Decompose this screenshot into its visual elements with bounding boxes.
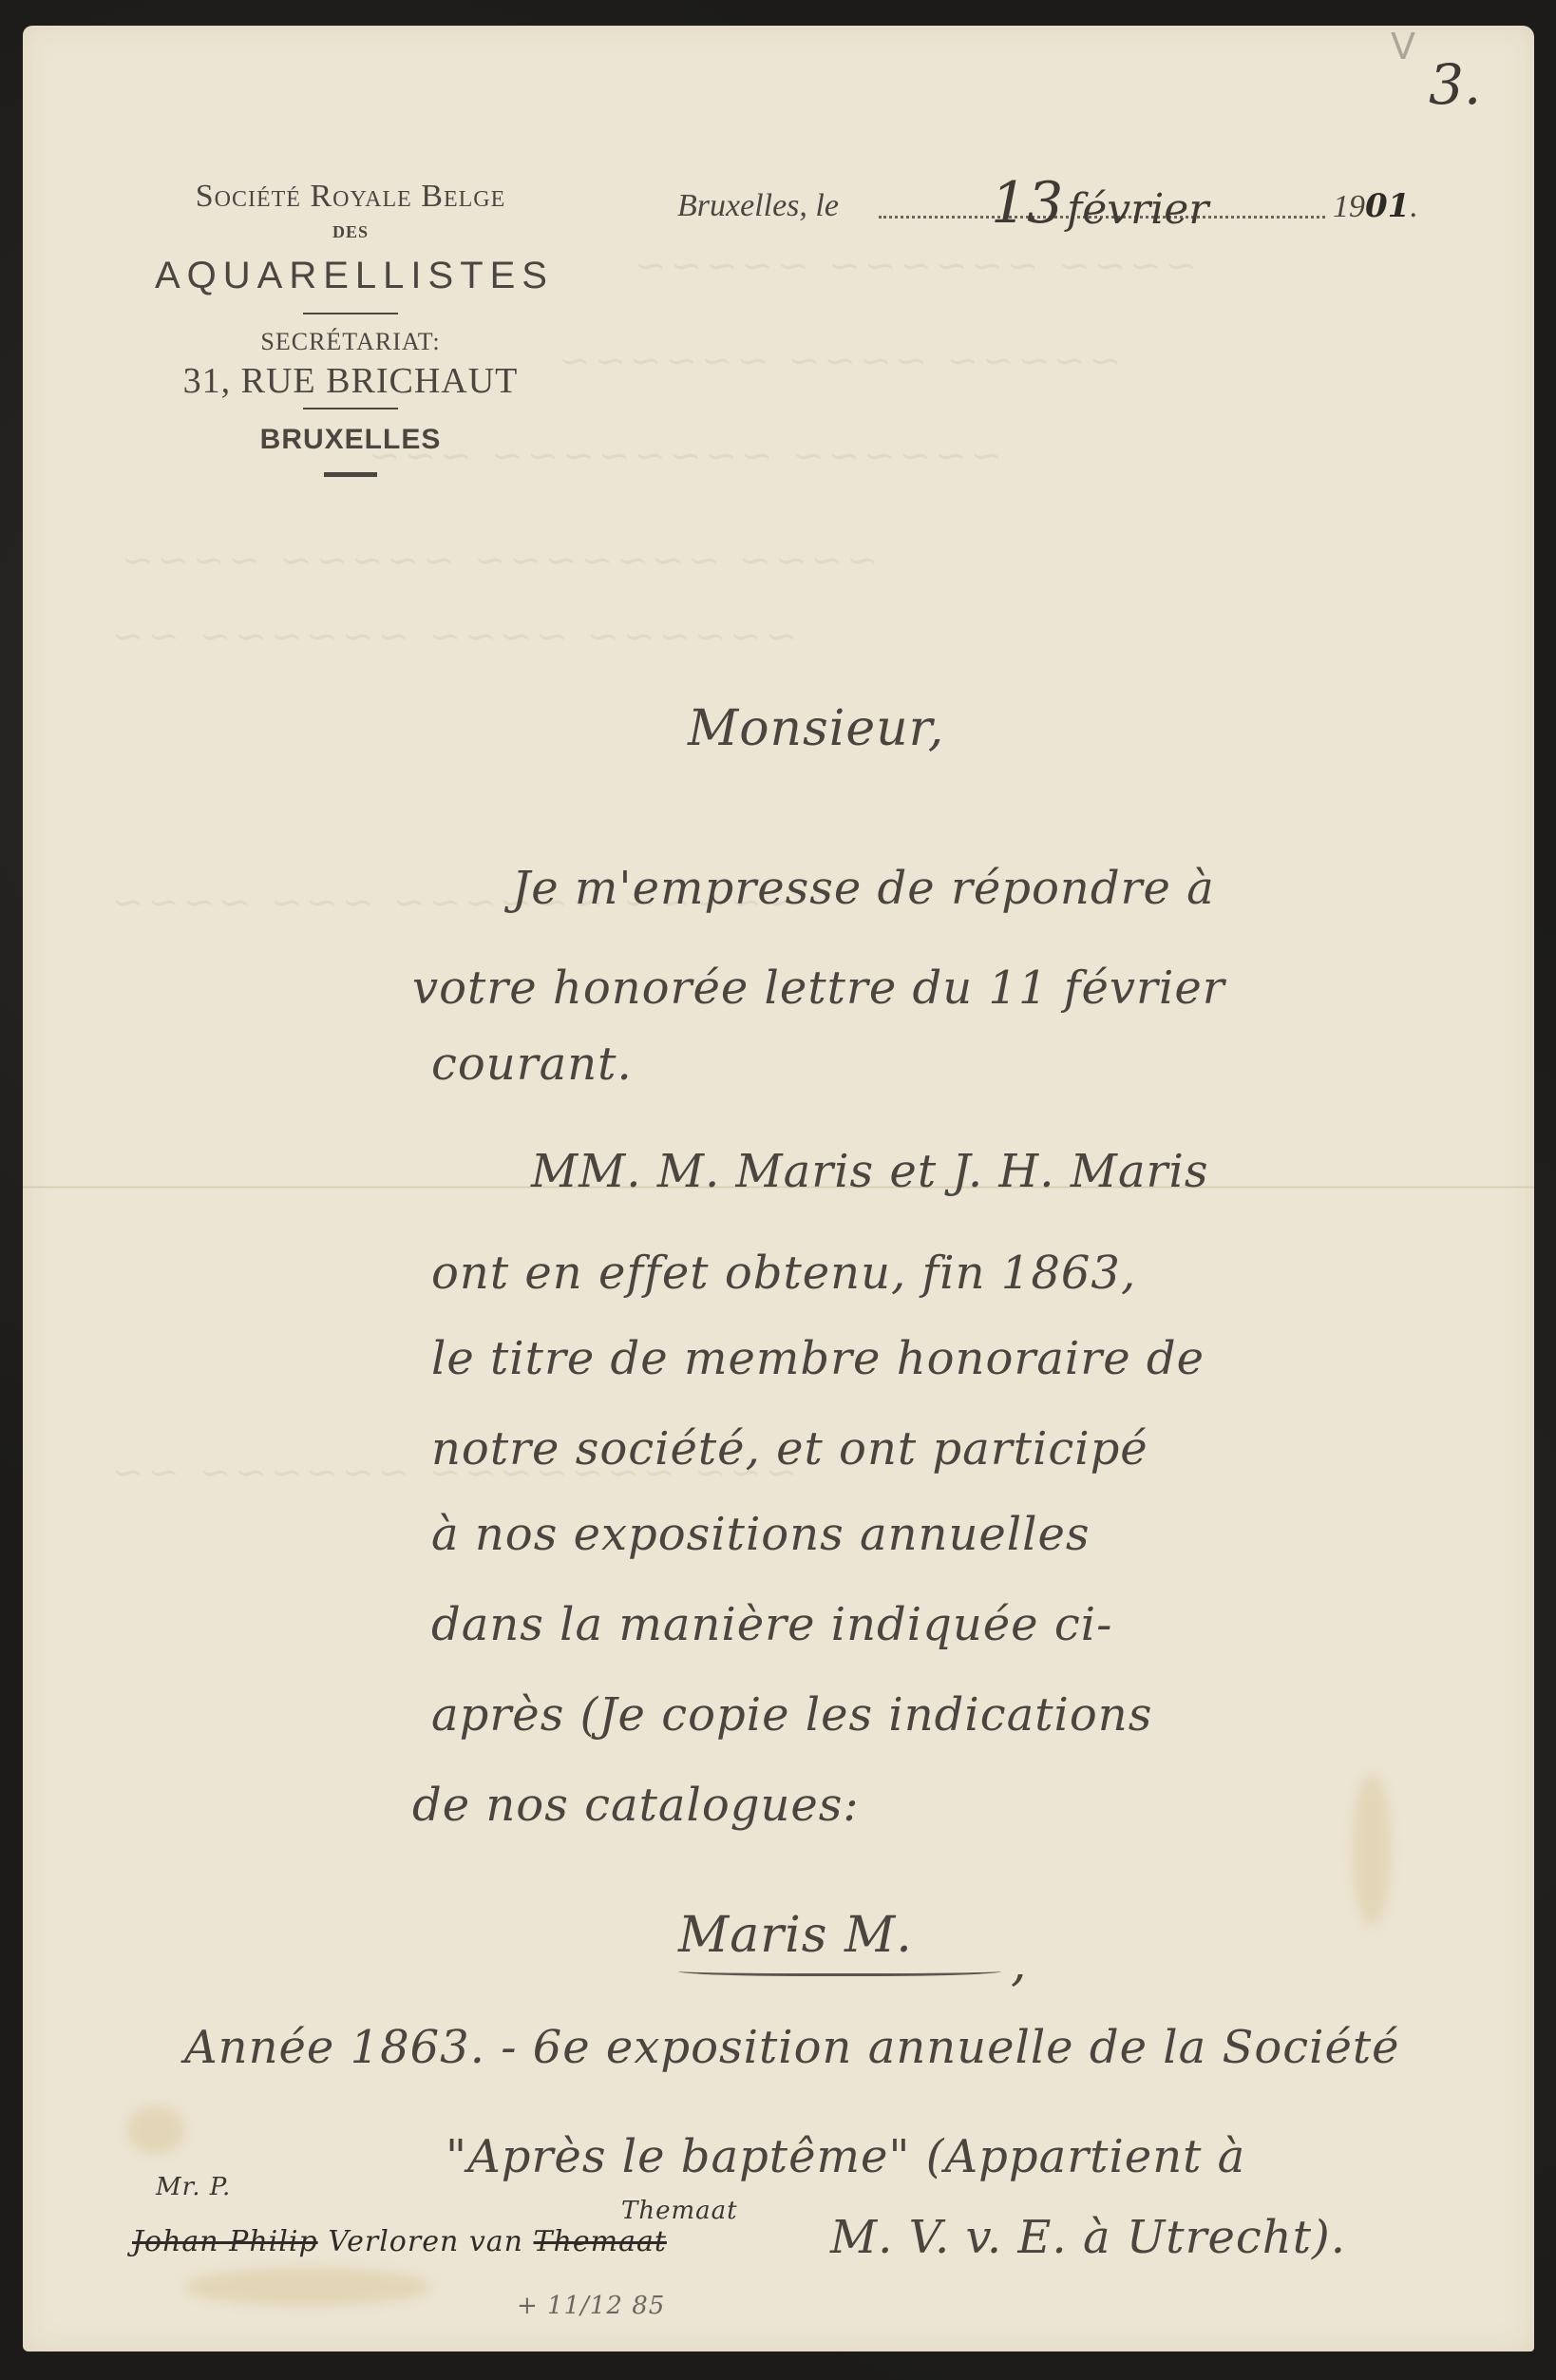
catalogue-heading-underline [678, 1964, 1001, 1976]
catalogue-heading-comma: , [1011, 1935, 1028, 1992]
dateline: Bruxelles, le 13 février 1901. [677, 187, 1466, 244]
date-place: Bruxelles, le [677, 187, 839, 225]
bleed-through-text: ~~~~ ~~~~~~~ ~~~~~ ~~~~ [118, 539, 878, 582]
paper-stain [184, 2268, 431, 2306]
letterhead-name: AQUARELLISTES [113, 254, 588, 297]
body-line: Je m'empresse de répondre à [512, 862, 1215, 915]
date-year-printed: 19 [1333, 189, 1365, 224]
date-year-handwritten: 01 [1365, 187, 1410, 225]
letter-sheet: ~~~~ ~~~~~~ ~~~~~ ~~~~~ ~~~~ ~~~~~~ ~~~~… [23, 26, 1534, 2351]
paper-stain [1353, 1774, 1391, 1926]
letterhead-rule-bold [324, 472, 377, 477]
body-line: le titre de membre honoraire de [431, 1332, 1205, 1385]
annotation-name: Johan Philip Verloren van Themaat [132, 2225, 667, 2258]
archive-mark: V [1391, 26, 1415, 67]
catalogue-heading: Maris M. [678, 1907, 913, 1964]
catalogue-entry-line: M. V. v. E. à Utrecht). [830, 2211, 1346, 2264]
body-line: MM. M. Maris et J. H. Maris [531, 1145, 1208, 1198]
folio-number: 3. [1429, 52, 1481, 117]
body-line: notre société, et ont participé [431, 1422, 1148, 1476]
letterhead-des: DES [113, 221, 588, 242]
body-line: à nos expositions annuelles [431, 1508, 1091, 1561]
date-month: février [1067, 185, 1208, 234]
date-year: 1901. [1333, 187, 1418, 225]
letterhead-rule [303, 408, 398, 409]
annotation-name-rest: Verloren van [328, 2225, 523, 2258]
body-line: dans la manière indiquée ci- [431, 1598, 1112, 1651]
annotation-above-name: Mr. P. [156, 2173, 231, 2201]
body-line: ont en effet obtenu, fin 1863, [431, 1247, 1136, 1300]
letterhead-rule [303, 313, 398, 314]
salutation: Monsieur, [688, 700, 944, 757]
bleed-through-text: ~~~~ ~~~~~~ ~~~~~ [631, 244, 1197, 288]
letterhead-city: BRUXELLES [113, 423, 588, 457]
annotation-superscript: Themaat [621, 2197, 738, 2225]
letterhead-address: 31, RUE BRICHAUT [113, 360, 588, 402]
body-line: votre honorée lettre du 11 février [412, 962, 1225, 1015]
catalogue-entry-line: Année 1863. - 6e exposition annuelle de … [184, 2021, 1400, 2074]
body-line: après (Je copie les indications [431, 1688, 1152, 1742]
letterhead: Société Royale Belge DES AQUARELLISTES S… [113, 178, 588, 477]
date-day: 13 [991, 170, 1063, 237]
body-line: courant. [431, 1038, 633, 1091]
annotation-name-struck: Johan Philip [132, 2225, 318, 2258]
date-period: . [1410, 189, 1418, 224]
annotation-below-name: + 11/12 85 [517, 2292, 665, 2320]
letterhead-society: Société Royale Belge [113, 178, 588, 216]
body-line: de nos catalogues: [412, 1779, 860, 1832]
letterhead-secretariat: SECRÉTARIAT: [113, 328, 588, 356]
bleed-through-text: ~~~~~~ ~~~~ ~~~~~~ ~~ [108, 615, 797, 658]
catalogue-entry-line: "Après le baptême" (Appartient à [446, 2130, 1245, 2183]
bleed-through-text: ~~~~~ ~~~~ ~~~~~~ [555, 339, 1121, 383]
annotation-name-struck-end: Themaat [534, 2225, 667, 2258]
paper-stain [127, 2106, 184, 2154]
